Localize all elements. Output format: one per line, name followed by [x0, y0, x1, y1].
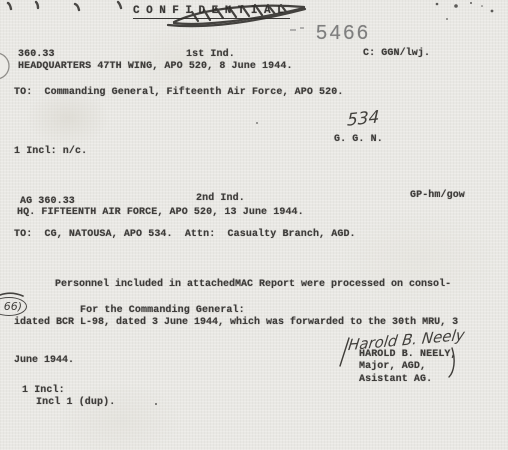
to-line-1: TO: Commanding General, Fifteenth Air Fo…: [14, 87, 343, 99]
classification-text: CONFIDENTIAL: [133, 5, 290, 19]
body-line: Personnel included in attachedMAC Report…: [14, 279, 474, 292]
inclosure-count: 1 Incl:: [22, 385, 65, 397]
stamp-dash-marks: [290, 28, 304, 30]
inclosure-item: Incl 1 (dup).: [36, 397, 115, 409]
file-reference-1: 360.33: [18, 49, 55, 61]
document-number-stamp: 5466: [316, 22, 371, 45]
signer-name: HAROLD B. NEELY,: [359, 349, 457, 361]
handwritten-number: 534: [347, 107, 380, 131]
indorsement-label-2: 2nd Ind.: [196, 193, 245, 205]
headquarters-line-1: HEADQUARTERS 47TH WING, APO 520, 8 June …: [18, 61, 293, 73]
scanned-document-page: CONFIDENTIAL 5466 360.33 1st Ind. C: GGN…: [0, 0, 508, 450]
office-symbol-1: C: GGN/lwj.: [363, 48, 430, 60]
closing-line: For the Commanding General:: [80, 305, 245, 317]
inclosure-line-1: 1 Incl: n/c.: [14, 146, 87, 158]
body-line: idated BCR L-98, dated 3 June 1944, whic…: [14, 317, 474, 330]
initials: G. G. N.: [334, 134, 383, 146]
office-symbol-2: GP-hm/gow: [410, 190, 465, 202]
signer-rank: Major, AGD,: [359, 361, 426, 373]
headquarters-line-2: HQ. FIFTEENTH AIR FORCE, APO 520, 13 Jun…: [17, 207, 304, 219]
indorsement-label-1: 1st Ind.: [186, 49, 235, 61]
to-line-2: TO: CG, NATOUSA, APO 534. Attn: Casualty…: [14, 229, 356, 241]
signer-title: Asistant AG.: [359, 374, 432, 386]
punch-hole: [0, 53, 9, 79]
